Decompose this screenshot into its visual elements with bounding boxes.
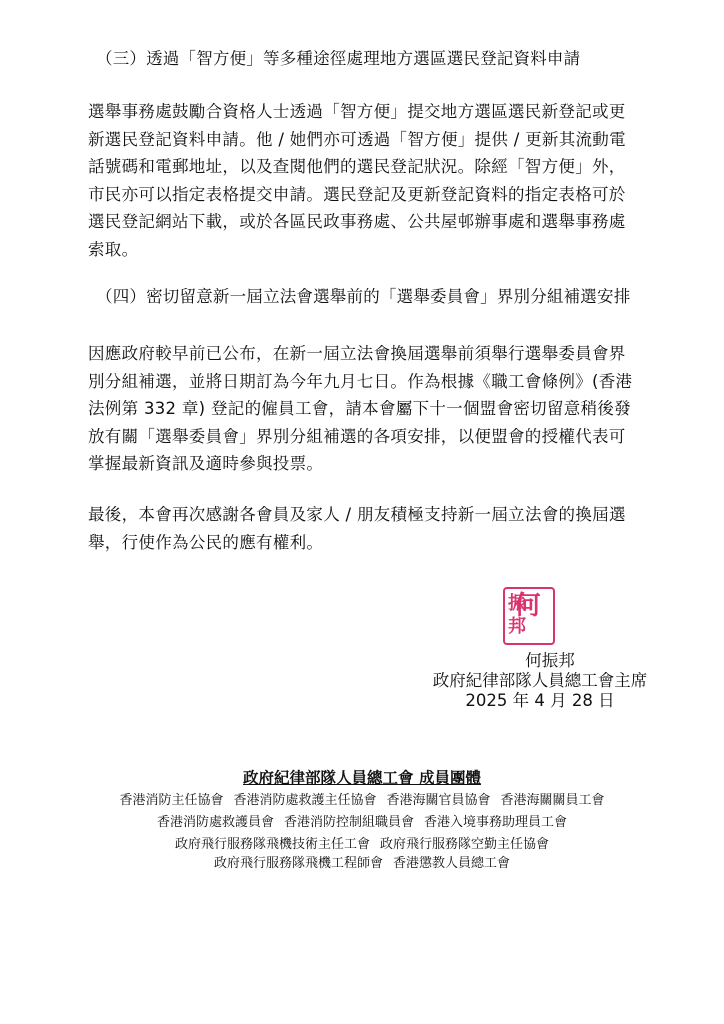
member-organizations-title: 政府紀律部隊人員總工會 成員團體	[0, 768, 724, 788]
member-org: 香港入境事務助理員工會	[424, 815, 567, 830]
paragraph-line: 市民亦可以指定表格提交申請。選民登記及更新登記資料的指定表格可於	[88, 181, 648, 209]
paragraph-line: 法例第 332 章) 登記的僱員工會，請本會屬下十一個盟會密切留意稍後發	[88, 395, 648, 423]
closing-paragraph: 最後，本會再次感謝各會員及家人 / 朋友積極支持新一屆立法會的換屆選 舉，行使作…	[88, 501, 648, 556]
seal-char: 邦	[508, 616, 526, 638]
paragraph-line: 最後，本會再次感謝各會員及家人 / 朋友積極支持新一屆立法會的換屆選	[88, 501, 648, 529]
paragraph-line: 因應政府較早前已公布，在新一屆立法會換屆選舉前須舉行選舉委員會界	[88, 340, 648, 368]
section-3-heading: （三）透過「智方便」等多種途徑處理地方選區選民登記資料申請	[96, 48, 580, 70]
member-row: 香港消防處救護員會香港消防控制組職員會香港入境事務助理員工會	[0, 814, 724, 832]
section-3-paragraph: 選舉事務處鼓勵合資格人士透過「智方便」提交地方選區選民新登記或更 新選民登記資料…	[88, 98, 648, 263]
paragraph-line: 選舉事務處鼓勵合資格人士透過「智方便」提交地方選區選民新登記或更	[88, 98, 648, 126]
member-org: 香港海關官員協會	[387, 793, 491, 808]
member-row: 政府飛行服務隊飛機技術主任工會政府飛行服務隊空勤主任協會	[0, 836, 724, 854]
member-row: 香港消防主任協會香港消防處救護主任協會香港海關官員協會香港海關關員工會	[0, 792, 724, 810]
member-org: 政府飛行服務隊飛機工程師會	[214, 856, 383, 871]
member-org: 香港海關關員工會	[501, 793, 605, 808]
letter-date: 2025 年 4 月 28 日	[400, 691, 680, 711]
paragraph-line: 話號碼和電郵地址，以及查閱他們的選民登記狀況。除經「智方便」外，	[88, 153, 648, 181]
paragraph-line: 掌握最新資訊及適時參與投票。	[88, 450, 648, 478]
paragraph-line: 索取。	[88, 236, 648, 264]
member-org: 香港懲教人員總工會	[393, 856, 510, 871]
member-org: 香港消防主任協會	[119, 793, 223, 808]
paragraph-line: 新選民登記資料申請。他 / 她們亦可透過「智方便」提供 / 更新其流動電	[88, 126, 648, 154]
section-4-paragraph: 因應政府較早前已公布，在新一屆立法會換屆選舉前須舉行選舉委員會界 別分組補選，並…	[88, 340, 648, 478]
signatory-title: 政府紀律部隊人員總工會主席	[400, 671, 680, 691]
paragraph-line: 放有關「選舉委員會」界別分組補選的各項安排，以便盟會的授權代表可	[88, 423, 648, 451]
member-org: 政府飛行服務隊空勤主任協會	[380, 837, 549, 852]
paragraph-line: 舉，行使作為公民的應有權利。	[88, 529, 648, 557]
seal-stamp-icon: 何 振 邦	[503, 587, 555, 645]
member-org: 香港消防控制組職員會	[284, 815, 414, 830]
paragraph-line: 別分組補選，並將日期訂為今年九月七日。作為根據《職工會條例》(香港	[88, 368, 648, 396]
section-4-heading: （四）密切留意新一屆立法會選舉前的「選舉委員會」界別分組補選安排	[96, 286, 630, 308]
member-row: 政府飛行服務隊飛機工程師會香港懲教人員總工會	[0, 855, 724, 873]
member-org: 香港消防處救護主任協會	[233, 793, 376, 808]
member-org: 香港消防處救護員會	[157, 815, 274, 830]
paragraph-line: 選民登記網站下載，或於各區民政事務處、公共屋邨辦事處和選舉事務處	[88, 208, 648, 236]
letter-page: （三）透過「智方便」等多種途徑處理地方選區選民登記資料申請 選舉事務處鼓勵合資格…	[0, 0, 724, 1024]
member-org: 政府飛行服務隊飛機技術主任工會	[175, 837, 370, 852]
seal-char: 振	[508, 593, 526, 615]
signatory-name: 何振邦	[410, 651, 690, 671]
